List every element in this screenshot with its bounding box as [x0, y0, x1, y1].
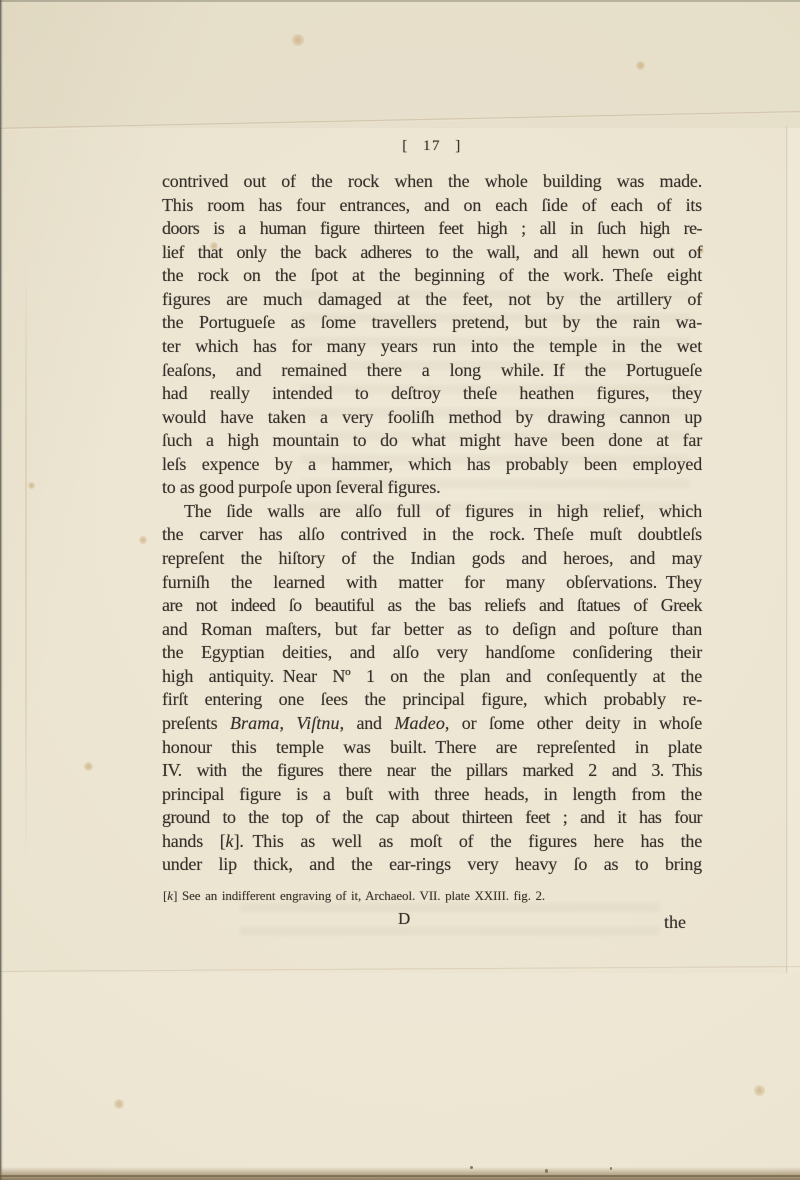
text-line: furniſh the learned with matter for many… — [162, 571, 702, 595]
show-through-text — [240, 903, 660, 937]
fold-zone-right — [788, 128, 800, 973]
italic-text: Brama — [230, 713, 280, 733]
text-line: contrived out of the rock when the whole… — [162, 170, 702, 194]
foxing-spot — [139, 536, 147, 544]
text-line: and Roman maſters, but far better as to … — [162, 618, 702, 642]
text-segment: , and — [340, 713, 395, 733]
text-line: had really intended to deſtroy theſe hea… — [162, 382, 702, 406]
text-segment: figures are much damaged at the feet, no… — [162, 289, 702, 309]
text-line: repreſent the hiſtory of the Indian gods… — [162, 547, 702, 571]
text-line: high antiquity. Near Nº 1 on the plan an… — [162, 665, 702, 689]
text-line: the rock on the ſpot at the beginning of… — [162, 264, 702, 288]
text-segment: ]. This as well as moſt of the figures h… — [234, 831, 702, 851]
text-segment: repreſent the hiſtory of the Indian gods… — [162, 548, 702, 568]
foxing-spot — [754, 1085, 765, 1096]
text-segment: would have taken a very fooliſh method b… — [162, 407, 702, 427]
foxing-spot — [292, 34, 304, 46]
text-segment: honour this temple was built. There are … — [162, 737, 702, 757]
text-segment: ſeaſons, and remained there a long while… — [162, 360, 702, 380]
text-segment: the Portugueſe as ſome travellers preten… — [162, 312, 702, 332]
text-segment: lief that only the back adheres to the w… — [162, 242, 702, 262]
text-segment: the carver has alſo contrived in the roc… — [162, 524, 702, 544]
text-line: ſeaſons, and remained there a long while… — [162, 359, 702, 383]
plate-impression-line — [786, 126, 788, 973]
text-line: the Portugueſe as ſome travellers preten… — [162, 311, 702, 335]
scanned-book-page: [ 17 ] contrived out of the rock when th… — [0, 0, 800, 1180]
italic-text: Viſtnu — [296, 713, 339, 733]
fold-zone-bottom — [0, 973, 800, 1172]
page-edge-bottom-line — [0, 1175, 800, 1177]
text-line: hands [k]. This as well as moſt of the f… — [162, 830, 702, 854]
text-line: The ſide walls are alſo full of figures … — [162, 500, 702, 524]
text-segment: the rock on the ſpot at the beginning of… — [162, 265, 702, 285]
text-segment: had really intended to deſtroy theſe hea… — [162, 383, 702, 403]
text-line: ground to the top of the cap about thirt… — [162, 806, 702, 830]
text-segment: high antiquity. Near Nº 1 on the plan an… — [162, 666, 702, 686]
foxing-spot — [636, 61, 645, 70]
text-line: firſt entering one ſees the principal fi… — [162, 688, 702, 712]
text-segment: This room has four entrances, and on eac… — [162, 195, 702, 215]
text-line: lief that only the back adheres to the w… — [162, 241, 702, 265]
footnote: [k] See an indifferent engraving of it, … — [163, 888, 703, 904]
text-line: under lip thick, and the ear-rings very … — [162, 853, 702, 877]
text-line: doors is a human figure thirteen feet hi… — [162, 217, 702, 241]
text-line: are not indeed ſo beautiful as the bas r… — [162, 594, 702, 618]
italic-text: Madeo — [394, 713, 444, 733]
text-segment: ter which has for many years run into th… — [162, 336, 702, 356]
text-segment: ] See an indifferent engraving of it, Ar… — [173, 888, 545, 903]
text-segment: doors is a human figure thirteen feet hi… — [162, 218, 702, 238]
text-segment: and Roman maſters, but far better as to … — [162, 619, 702, 639]
page-edge-top — [0, 0, 800, 2]
body-text: contrived out of the rock when the whole… — [162, 170, 702, 877]
text-line: the Egyptian deities, and alſo very hand… — [162, 641, 702, 665]
text-line: This room has four entrances, and on eac… — [162, 194, 702, 218]
foxing-spot — [28, 482, 35, 489]
text-segment: ground to the top of the cap about thirt… — [162, 807, 702, 827]
text-segment: preſents — [162, 713, 230, 733]
text-segment: , — [279, 713, 296, 733]
text-line: IV. with the figures there near the pill… — [162, 759, 702, 783]
text-line: would have taken a very fooliſh method b… — [162, 406, 702, 430]
catchword: the — [664, 912, 686, 933]
text-line: leſs expence by a hammer, which has prob… — [162, 453, 702, 477]
text-line: ſuch a high mountain to do what might ha… — [162, 429, 702, 453]
text-segment: contrived out of the rock when the whole… — [162, 171, 702, 191]
text-segment: are not indeed ſo beautiful as the bas r… — [162, 595, 702, 615]
text-line: honour this temple was built. There are … — [162, 736, 702, 760]
page-edge-left — [0, 0, 3, 1180]
text-segment: the Egyptian deities, and alſo very hand… — [162, 642, 702, 662]
text-segment: firſt entering one ſees the principal fi… — [162, 689, 702, 709]
text-segment: under lip thick, and the ear-rings very … — [162, 854, 702, 874]
paper-crease-left — [25, 250, 27, 870]
text-line: to as good purpoſe upon ſeveral figures. — [162, 476, 702, 500]
text-segment: , or ſome other deity in whoſe — [445, 713, 702, 733]
fold-zone-top — [0, 0, 800, 128]
foxing-spot — [84, 762, 93, 771]
foxing-spot — [114, 1099, 124, 1109]
text-segment: hands [ — [162, 831, 226, 851]
text-line: principal figure is a buſt with three he… — [162, 783, 702, 807]
text-segment: principal figure is a buſt with three he… — [162, 784, 702, 804]
text-line: preſents Brama, Viſtnu, and Madeo, or ſo… — [162, 712, 702, 736]
text-line: ter which has for many years run into th… — [162, 335, 702, 359]
text-segment: to as good purpoſe upon ſeveral figures. — [162, 477, 440, 497]
text-segment: IV. with the figures there near the pill… — [162, 760, 702, 780]
text-line: the carver has alſo contrived in the roc… — [162, 523, 702, 547]
italic-text: k — [226, 831, 234, 851]
text-line: figures are much damaged at the feet, no… — [162, 288, 702, 312]
signature-mark: D — [398, 909, 410, 929]
text-segment: ſuch a high mountain to do what might ha… — [162, 430, 702, 450]
page-number: [ 17 ] — [162, 138, 702, 155]
text-segment: leſs expence by a hammer, which has prob… — [162, 454, 702, 474]
text-segment: The ſide walls are alſo full of figures … — [184, 501, 702, 521]
page-edge-bottom — [0, 1167, 800, 1180]
text-segment: furniſh the learned with matter for many… — [162, 572, 702, 592]
